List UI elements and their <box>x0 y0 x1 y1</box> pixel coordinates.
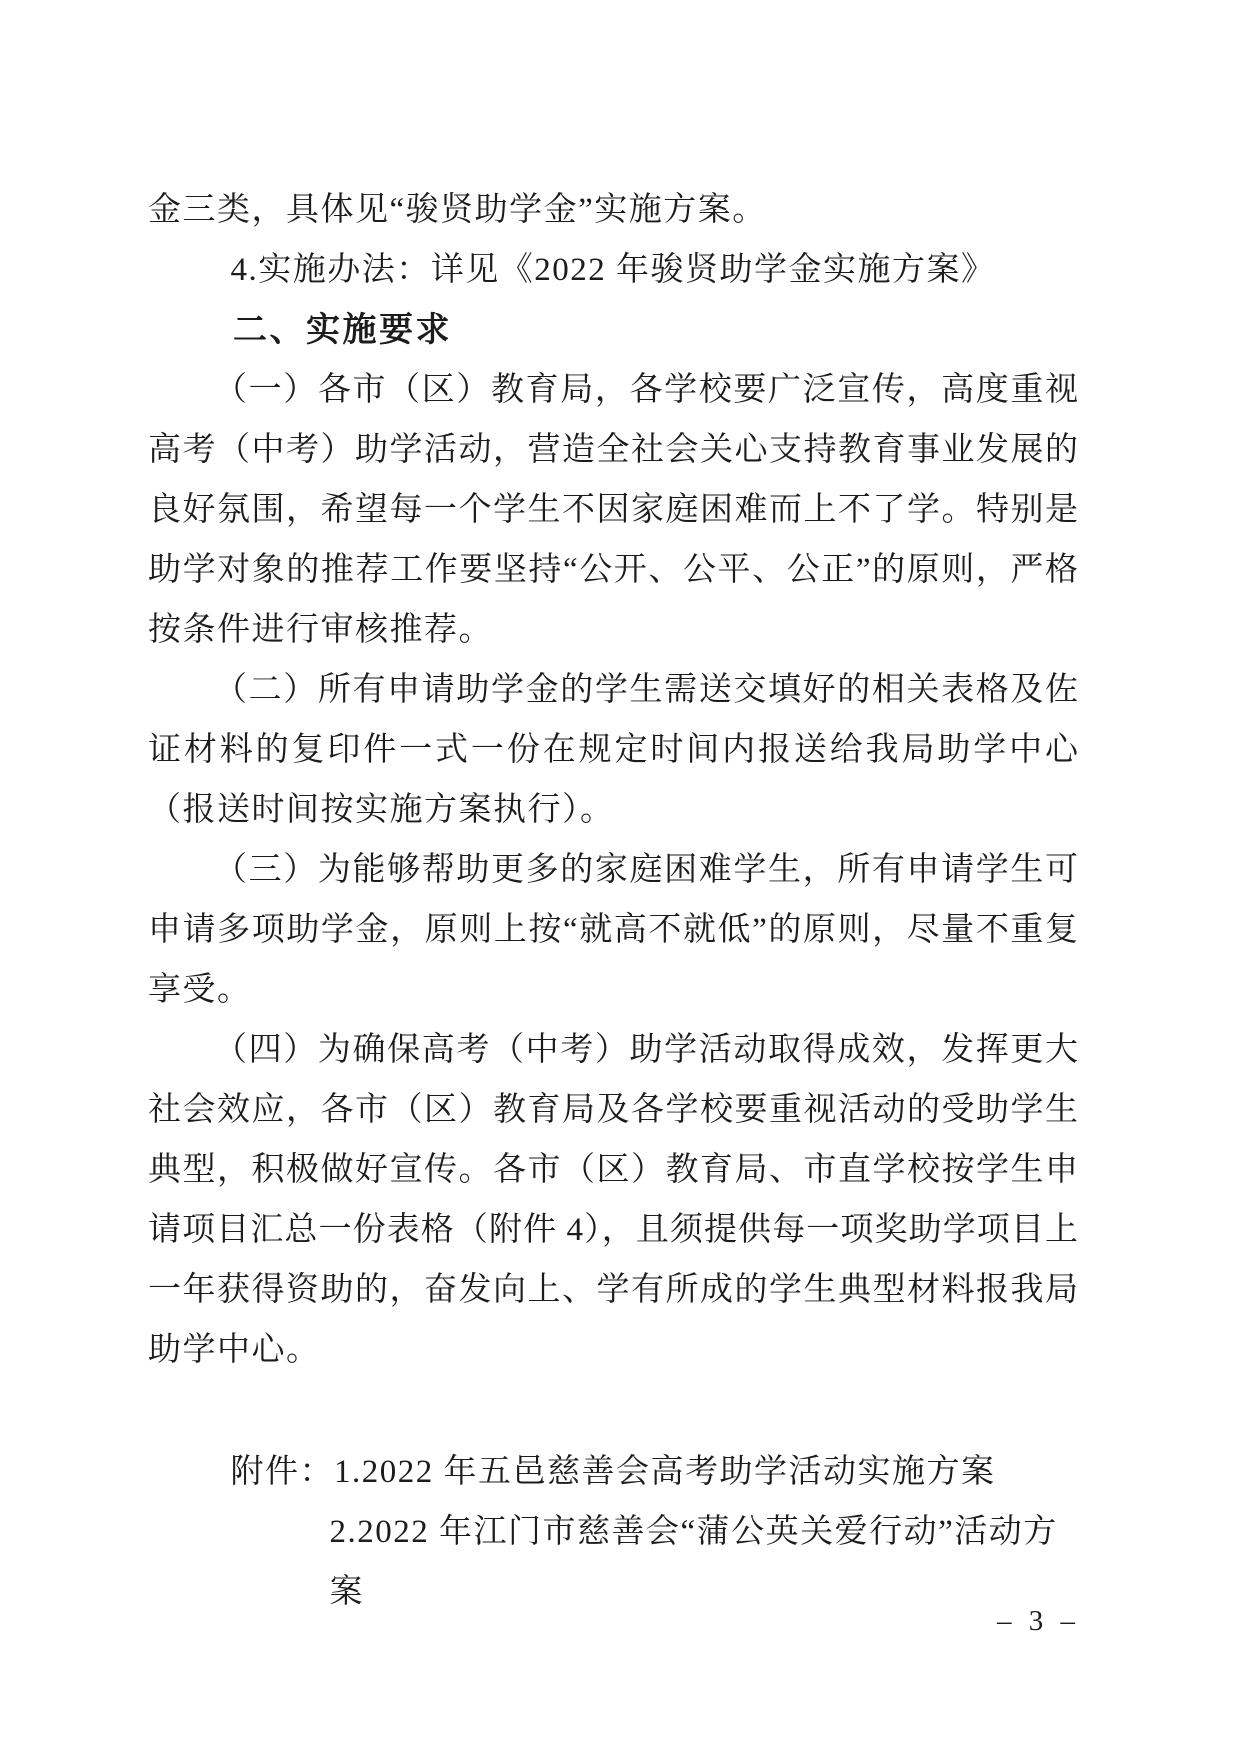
document-line: 享受。 <box>148 960 1078 1020</box>
document-line: 社会效应，各市（区）教育局及各学校要重视活动的受助学生 <box>148 1080 1078 1140</box>
document-line: 金三类，具体见“骏贤助学金”实施方案。 <box>148 180 1078 240</box>
document-line: （四）为确保高考（中考）助学活动取得成效，发挥更大 <box>148 1020 1078 1080</box>
document-line: 助学对象的推荐工作要坚持“公开、公平、公正”的原则，严格 <box>148 540 1078 600</box>
document-line: 证材料的复印件一式一份在规定时间内报送给我局助学中心 <box>148 720 1078 780</box>
document-line: （二）所有申请助学金的学生需送交填好的相关表格及佐 <box>148 660 1078 720</box>
document-line: 助学中心。 <box>148 1320 1078 1380</box>
attachment-list: 附件：1.2022 年五邑慈善会高考助学活动实施方案2.2022 年江门市慈善会… <box>148 1442 1078 1622</box>
document-line: 申请多项助学金，原则上按“就高不就低”的原则，尽量不重复 <box>148 900 1078 960</box>
page-number: – 3 – <box>997 1605 1080 1638</box>
document-line: （三）为能够帮助更多的家庭困难学生，所有申请学生可 <box>148 840 1078 900</box>
document-line: （一）各市（区）教育局，各学校要广泛宣传，高度重视 <box>148 360 1078 420</box>
document-page: 金三类，具体见“骏贤助学金”实施方案。4.实施办法：详见《2022 年骏贤助学金… <box>0 0 1240 1754</box>
document-line: （报送时间按实施方案执行）。 <box>148 780 1078 840</box>
document-line: 一年获得资助的，奋发向上、学有所成的学生典型材料报我局 <box>148 1260 1078 1320</box>
document-line: 典型，积极做好宣传。各市（区）教育局、市直学校按学生申 <box>148 1140 1078 1200</box>
attachment-line: 2.2022 年江门市慈善会“蒲公英关爱行动”活动方案 <box>148 1502 1078 1622</box>
document-line: 按条件进行审核推荐。 <box>148 600 1078 660</box>
section-heading: 二、实施要求 <box>148 300 1078 360</box>
document-line: 良好氛围，希望每一个学生不因家庭困难而上不了学。特别是 <box>148 480 1078 540</box>
document-body: 金三类，具体见“骏贤助学金”实施方案。4.实施办法：详见《2022 年骏贤助学金… <box>148 180 1078 1622</box>
document-line: 请项目汇总一份表格（附件 4），且须提供每一项奖助学项目上 <box>148 1200 1078 1260</box>
document-line: 4.实施办法：详见《2022 年骏贤助学金实施方案》 <box>148 240 1078 300</box>
document-line: 高考（中考）助学活动，营造全社会关心支持教育事业发展的 <box>148 420 1078 480</box>
attachment-line: 附件：1.2022 年五邑慈善会高考助学活动实施方案 <box>148 1442 1078 1502</box>
